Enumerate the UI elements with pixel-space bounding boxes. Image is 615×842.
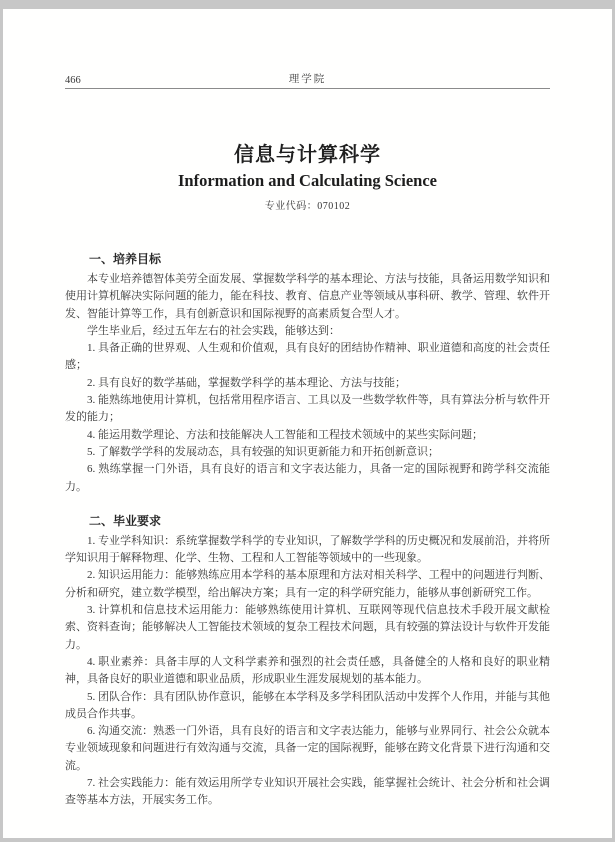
paragraph: 学生毕业后，经过五年左右的社会实践，能够达到：: [65, 323, 550, 340]
running-header-title: 理学院: [289, 71, 327, 86]
major-code-line: 专业代码：070102: [65, 197, 550, 212]
paragraph: 2. 知识运用能力：能够熟练应用本学科的基本原理和方法对相关科学、工程中的问题进…: [65, 567, 550, 602]
paragraph: 4. 能运用数学理论、方法和技能解决人工智能和工程技术领域中的某些实际问题；: [65, 427, 550, 444]
paragraph: 7. 社会实践能力：能有效运用所学专业知识开展社会实践，能掌握社会统计、社会分析…: [65, 775, 550, 810]
paragraph: 5. 了解数学学科的发展动态，具有较强的知识更新能力和开拓创新意识；: [65, 444, 550, 461]
paragraph: 2. 具有良好的数学基础，掌握数学科学的基本理论、方法与技能；: [65, 375, 550, 392]
paragraph: 6. 沟通交流：熟悉一门外语，具有良好的语言和文字表达能力，能够与业界同行、社会…: [65, 723, 550, 775]
paragraph: 5. 团队合作：具有团队协作意识，能够在本学科及多学科团队活动中发挥个人作用，并…: [65, 689, 550, 724]
paragraph: 4. 职业素养：具备丰厚的人文科学素养和强烈的社会责任感，具备健全的人格和良好的…: [65, 654, 550, 689]
major-code-label: 专业代码：: [265, 201, 318, 212]
page-content: 466 理学院 信息与计算科学 Information and Calculat…: [3, 72, 612, 810]
page-number: 466: [65, 75, 81, 86]
paragraph: 本专业培养德智体美劳全面发展、掌握数学科学的基本理论、方法与技能，具备运用数学知…: [65, 271, 550, 323]
paragraph: 6. 熟练掌握一门外语，具有良好的语言和文字表达能力，具备一定的国际视野和跨学科…: [65, 461, 550, 496]
major-code-value: 070102: [317, 201, 350, 212]
title-block: 信息与计算科学 Information and Calculating Scie…: [65, 144, 550, 212]
section-heading: 一、培养目标: [65, 252, 550, 267]
section-heading: 二、毕业要求: [65, 514, 550, 529]
major-title-en: Information and Calculating Science: [65, 171, 550, 190]
document-body: 一、培养目标本专业培养德智体美劳全面发展、掌握数学科学的基本理论、方法与技能，具…: [65, 252, 550, 810]
document-page: 466 理学院 信息与计算科学 Information and Calculat…: [3, 9, 612, 838]
paragraph: 3. 计算机和信息技术运用能力：能够熟练使用计算机、互联网等现代信息技术手段开展…: [65, 602, 550, 654]
paragraph: 1. 专业学科知识：系统掌握数学科学的专业知识，了解数学学科的历史概况和发展前沿…: [65, 533, 550, 568]
major-title-zh: 信息与计算科学: [65, 144, 550, 166]
paragraph: 3. 能熟练地使用计算机，包括常用程序语言、工具以及一些数学软件等，具有算法分析…: [65, 392, 550, 427]
paragraph: 1. 具备正确的世界观、人生观和价值观，具有良好的团结协作精神、职业道德和高度的…: [65, 340, 550, 375]
running-header: 466 理学院: [65, 72, 550, 89]
